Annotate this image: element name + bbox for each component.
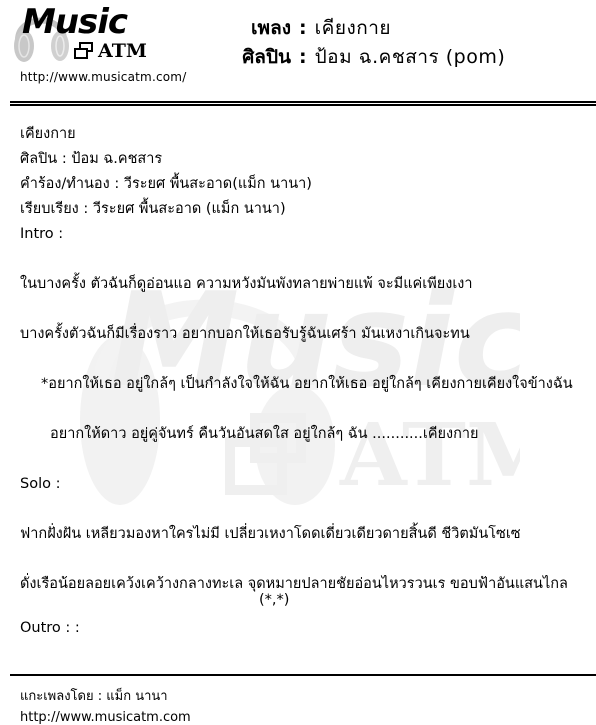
spacer xyxy=(20,247,590,272)
transcribed-by: แกะเพลงโดย : แม็ก นานา xyxy=(20,686,191,707)
lyrics-body: เคียงกาย ศิลปิน : ป้อม ฉ.คชสาร คำร้อง/ทำ… xyxy=(20,122,590,641)
spacer xyxy=(20,297,590,322)
song-info: เพลง : เคียงกาย ศิลปิน : ป้อม ฉ.คชสาร (p… xyxy=(227,14,505,72)
spacer xyxy=(20,447,590,472)
footer-divider xyxy=(10,674,596,676)
spacer xyxy=(20,397,590,422)
chorus-line: *อยากให้เธอ อยู่ใกล้ๆ เป็นกำลังใจให้ฉัน … xyxy=(20,372,590,397)
logo-music-text: Music xyxy=(22,0,127,44)
artist-label: ศิลปิน xyxy=(227,43,291,72)
lyric-line: ดั่งเรือน้อยลอยเคว้งเคว้างกลางทะเล จุดหม… xyxy=(20,572,590,597)
lyric-line: บางครั้งตัวฉันก็มีเรื่องราว อยากบอกให้เธ… xyxy=(20,322,590,347)
song-title-row: เพลง : เคียงกาย xyxy=(227,14,505,43)
spacer xyxy=(20,497,590,522)
lyrics-solo: Solo : xyxy=(20,472,590,497)
spacer xyxy=(20,347,590,372)
separator: : xyxy=(299,43,307,72)
logo-atm-text: ATM xyxy=(98,40,147,62)
separator: : xyxy=(299,14,307,43)
page-footer: แกะเพลงโดย : แม็ก นานา http://www.musica… xyxy=(20,686,191,725)
lyrics-intro: Intro : xyxy=(20,222,590,247)
lyrics-composer: คำร้อง/ทำนอง : วีระยศ พื้นสะอาด(แม็ก นาน… xyxy=(20,172,590,197)
window-icon xyxy=(74,42,94,60)
lyric-line: ฟากฝั่งฝัน เหลียวมองหาใครไม่มี เปลี่ยวเห… xyxy=(20,522,590,547)
song-label: เพลง xyxy=(227,14,291,43)
song-title: เคียงกาย xyxy=(315,14,391,43)
chorus-line: อยากให้ดาว อยู่คู่จันทร์ คืนวันอันสดใส อ… xyxy=(20,422,590,447)
header-divider xyxy=(10,101,596,106)
lyrics-song-title: เคียงกาย xyxy=(20,122,590,147)
artist-row: ศิลปิน : ป้อม ฉ.คชสาร (pom) xyxy=(227,43,505,72)
musicatm-logo[interactable]: Music ATM http://www.musicatm.com/ xyxy=(8,0,198,92)
spacer xyxy=(20,547,590,572)
lyric-line: ในบางครั้ง ตัวฉันก็ดูอ่อนแอ ความหวังมันพ… xyxy=(20,272,590,297)
footer-url-link[interactable]: http://www.musicatm.com xyxy=(20,707,191,725)
logo-atm-row: ATM xyxy=(74,40,147,62)
lyrics-artist: ศิลปิน : ป้อม ฉ.คชสาร xyxy=(20,147,590,172)
lyrics-outro: Outro : : xyxy=(20,616,590,641)
lyrics-arranger: เรียบเรียง : วีระยศ พื้นสะอาด (แม็ก นานา… xyxy=(20,197,590,222)
site-url-link[interactable]: http://www.musicatm.com/ xyxy=(20,70,186,84)
artist-name: ป้อม ฉ.คชสาร (pom) xyxy=(315,43,506,72)
page-header: Music ATM http://www.musicatm.com/ เพลง … xyxy=(0,0,596,92)
